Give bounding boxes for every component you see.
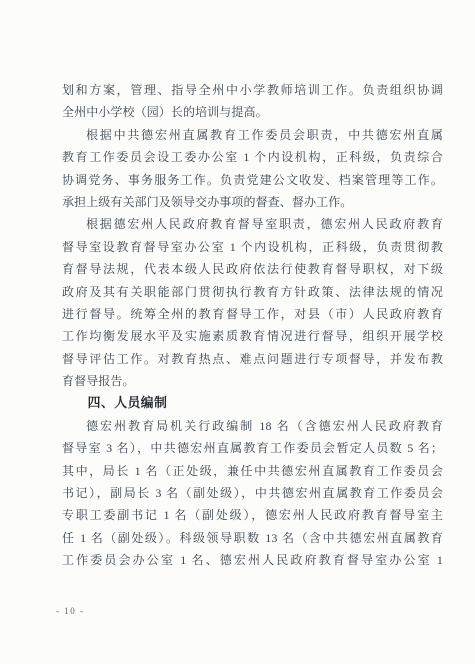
text-line: 任 1 名（副处级）。科级领导职数 13 名（含中共德宏州直属教育 [62,527,443,549]
text-line: 督导室 3 名），中共德宏州直属教育工作委员会暂定人员数 5 名； [62,437,443,459]
document-body: 划和方案，管理、指导全州中小学教师培训工作。负责组织协调全州中小学校（园）长的培… [62,79,443,572]
text-line: 书记），副局长 3 名（副处级），中共德宏州直属教育工作委员会 [62,482,443,504]
text-line: 督导评估工作。对教育热点、难点问题进行专项督导，并发布教 [62,348,443,370]
text-line: 专职工委副书记 1 名（副处级），德宏州人民政府教育督导室主 [62,504,443,526]
text-line: 协调党务、事务服务工作。负责党建公文收发、档案管理等工作。 [62,169,443,191]
text-line: 育督导报告。 [62,370,443,392]
text-line: 教育工作委员会设工委办公室 1 个内设机构，正科级，负责综合 [62,146,443,168]
document-page: 划和方案，管理、指导全州中小学教师培训工作。负责组织协调全州中小学校（园）长的培… [0,0,475,664]
text-line: 全州中小学校（园）长的培训与提高。 [62,101,443,123]
text-line: 工作委员会办公室 1 名、德宏州人民政府教育督导室办公室 1 [62,549,443,571]
text-line: 划和方案，管理、指导全州中小学教师培训工作。负责组织协调 [62,79,443,101]
section-heading: 四、人员编制 [62,392,443,414]
text-line: 育督导法规，代表本级人民政府依法行使教育督导职权，对下级 [62,258,443,280]
text-line: 根据德宏州人民政府教育督导室职责，德宏州人民政府教育 [62,213,443,235]
text-line: 根据中共德宏州直属教育工作委员会职责，中共德宏州直属 [62,124,443,146]
text-line: 督导室设教育督导室办公室 1 个内设机构，正科级，负责贯彻教 [62,236,443,258]
text-line: 工作均衡发展水平及实施素质教育情况进行督导，组织开展学校 [62,325,443,347]
text-line: 政府及其有关职能部门贯彻执行教育方针政策、法律法规的情况 [62,281,443,303]
text-line: 德宏州教育局机关行政编制 18 名（含德宏州人民政府教育 [62,415,443,437]
text-line: 承担上级有关部门及领导交办事项的督查、督办工作。 [62,191,443,213]
text-line: 进行督导。统筹全州的教育督导工作，对县（市）人民政府教育 [62,303,443,325]
page-number: - 10 - [56,606,85,616]
text-line: 其中，局长 1 名（正处级，兼任中共德宏州直属教育工作委员会 [62,460,443,482]
